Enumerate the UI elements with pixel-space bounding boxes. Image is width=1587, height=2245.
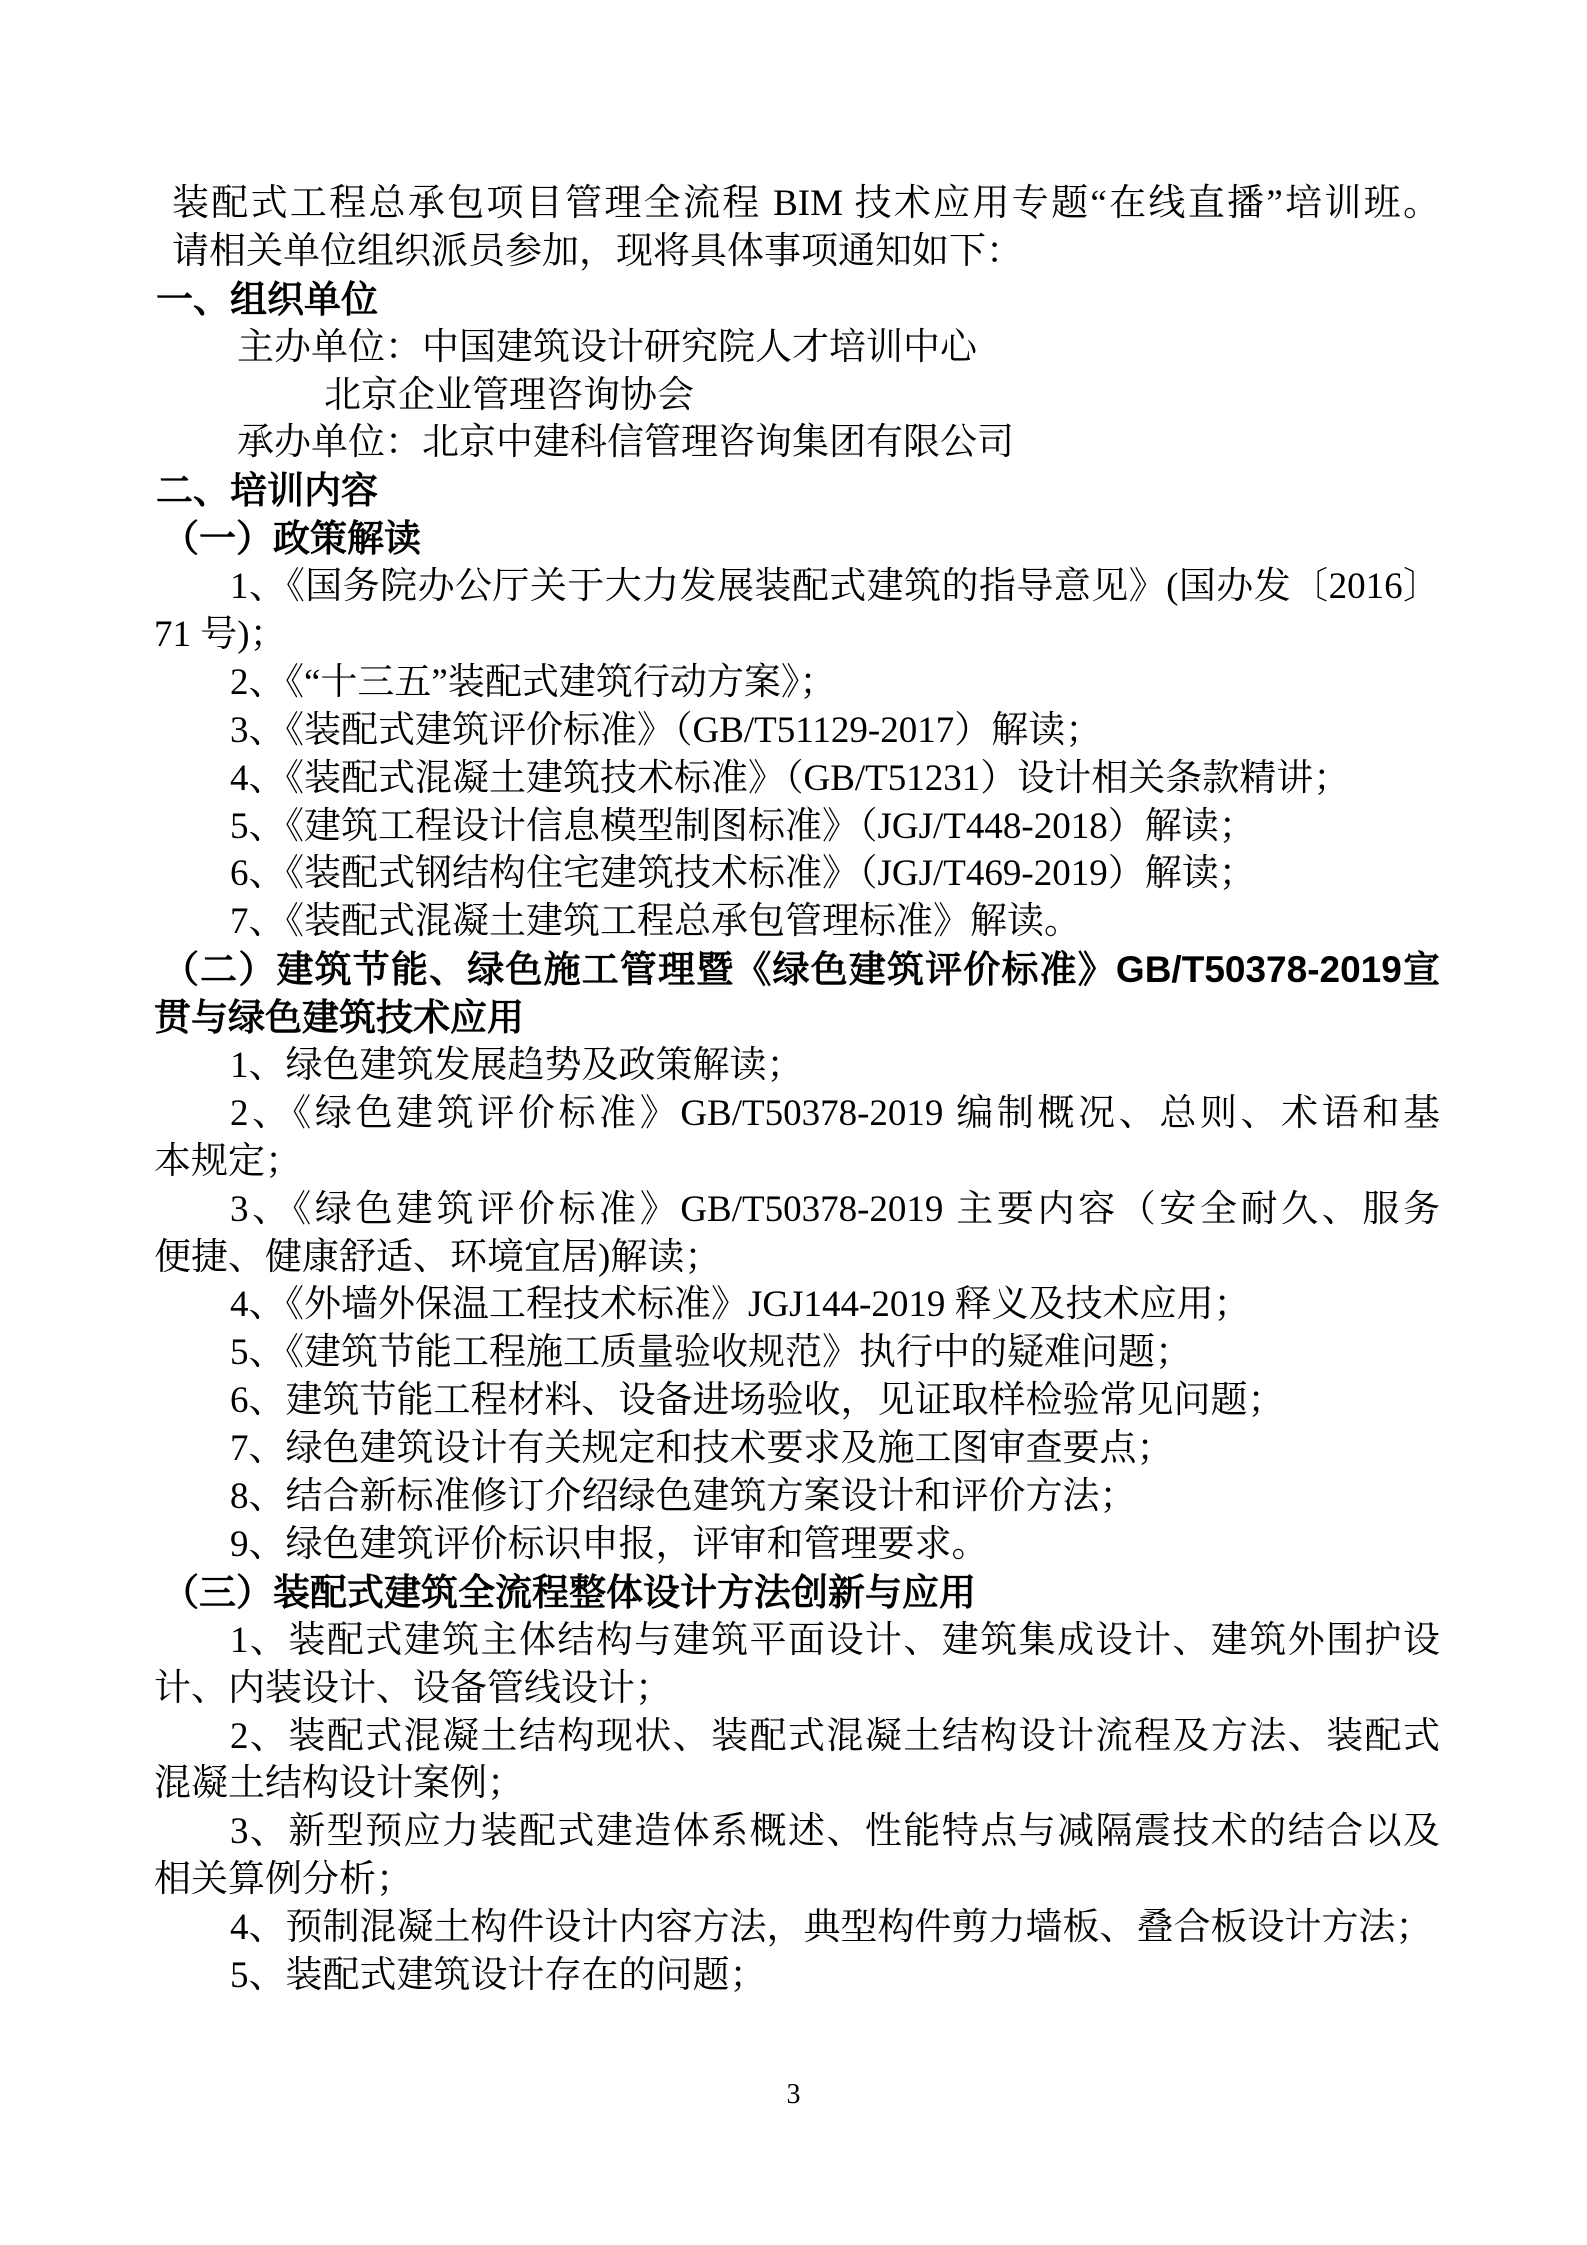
list-item: 4、预制混凝土构件设计内容方法，典型构件剪力墙板、叠合板设计方法； xyxy=(154,1904,1440,1952)
section-heading-2: 二、培训内容 xyxy=(154,467,1440,515)
text-line: 北京企业管理咨询协会 xyxy=(154,372,1440,420)
list-item-continuation: 相关算例分析； xyxy=(154,1856,1440,1904)
subsection-heading-2: （二）建筑节能、绿色施工管理暨《绿色建筑评价标准》GB/T50378-2019宣 xyxy=(154,946,1440,994)
list-item: 3、新型预应力装配式建造体系概述、性能特点与减隔震技术的结合以及 xyxy=(154,1808,1440,1856)
list-item: 6、建筑节能工程材料、设备进场验收，见证取样检验常见问题； xyxy=(154,1377,1440,1425)
list-item-continuation: 计、内装设计、设备管线设计； xyxy=(154,1665,1440,1713)
list-item: 2、《“十三五”装配式建筑行动方案》； xyxy=(154,659,1440,707)
section-heading-1: 一、组织单位 xyxy=(154,276,1440,324)
list-item: 5、《建筑节能工程施工质量验收规范》执行中的疑难问题； xyxy=(154,1329,1440,1377)
text-line: 主办单位：中国建筑设计研究院人才培训中心 xyxy=(154,324,1440,372)
list-item: 9、绿色建筑评价标识申报，评审和管理要求。 xyxy=(154,1521,1440,1569)
list-item-continuation: 混凝土结构设计案例； xyxy=(154,1760,1440,1808)
list-item-continuation: 便捷、健康舒适、环境宜居)解读； xyxy=(154,1234,1440,1282)
list-item: 8、结合新标准修订介绍绿色建筑方案设计和评价方法； xyxy=(154,1473,1440,1521)
document-body: 装配式工程总承包项目管理全流程 BIM 技术应用专题“在线直播”培训班。 请相关… xyxy=(154,180,1440,2000)
list-item: 5、装配式建筑设计存在的问题； xyxy=(154,1952,1440,2000)
list-item: 3、《装配式建筑评价标准》（GB/T51129-2017）解读； xyxy=(154,707,1440,755)
list-item-continuation: 71 号)； xyxy=(154,611,1440,659)
list-item: 1、装配式建筑主体结构与建筑平面设计、建筑集成设计、建筑外围护设 xyxy=(154,1617,1440,1665)
list-item: 4、《外墙外保温工程技术标准》JGJ144-2019 释义及技术应用； xyxy=(154,1281,1440,1329)
list-item: 2、《绿色建筑评价标准》GB/T50378-2019 编制概况、总则、术语和基 xyxy=(154,1090,1440,1138)
list-item: 7、绿色建筑设计有关规定和技术要求及施工图审查要点； xyxy=(154,1425,1440,1473)
list-item-continuation: 本规定； xyxy=(154,1138,1440,1186)
list-item: 5、《建筑工程设计信息模型制图标准》（JGJ/T448-2018）解读； xyxy=(154,803,1440,851)
subsection-heading-2-continuation: 贯与绿色建筑技术应用 xyxy=(154,994,1440,1042)
list-item: 4、《装配式混凝土建筑技术标准》（GB/T51231）设计相关条款精讲； xyxy=(154,755,1440,803)
list-item: 2、装配式混凝土结构现状、装配式混凝土结构设计流程及方法、装配式 xyxy=(154,1713,1440,1761)
list-item: 1、《国务院办公厅关于大力发展装配式建筑的指导意见》(国办发〔2016〕 xyxy=(154,563,1440,611)
list-item: 3、《绿色建筑评价标准》GB/T50378-2019 主要内容（安全耐久、服务 xyxy=(154,1186,1440,1234)
page-number: 3 xyxy=(0,2078,1587,2112)
subsection-heading-3: （三）装配式建筑全流程整体设计方法创新与应用 xyxy=(154,1569,1440,1617)
list-item: 1、绿色建筑发展趋势及政策解读； xyxy=(154,1042,1440,1090)
text-line: 承办单位：北京中建科信管理咨询集团有限公司 xyxy=(154,419,1440,467)
text-line: 装配式工程总承包项目管理全流程 BIM 技术应用专题“在线直播”培训班。 xyxy=(154,180,1440,228)
document-page: 装配式工程总承包项目管理全流程 BIM 技术应用专题“在线直播”培训班。 请相关… xyxy=(0,0,1587,2245)
subsection-heading-1: （一）政策解读 xyxy=(154,515,1440,563)
text-line: 请相关单位组织派员参加，现将具体事项通知如下： xyxy=(154,228,1440,276)
list-item: 6、《装配式钢结构住宅建筑技术标准》（JGJ/T469-2019）解读； xyxy=(154,850,1440,898)
list-item: 7、《装配式混凝土建筑工程总承包管理标准》解读。 xyxy=(154,898,1440,946)
